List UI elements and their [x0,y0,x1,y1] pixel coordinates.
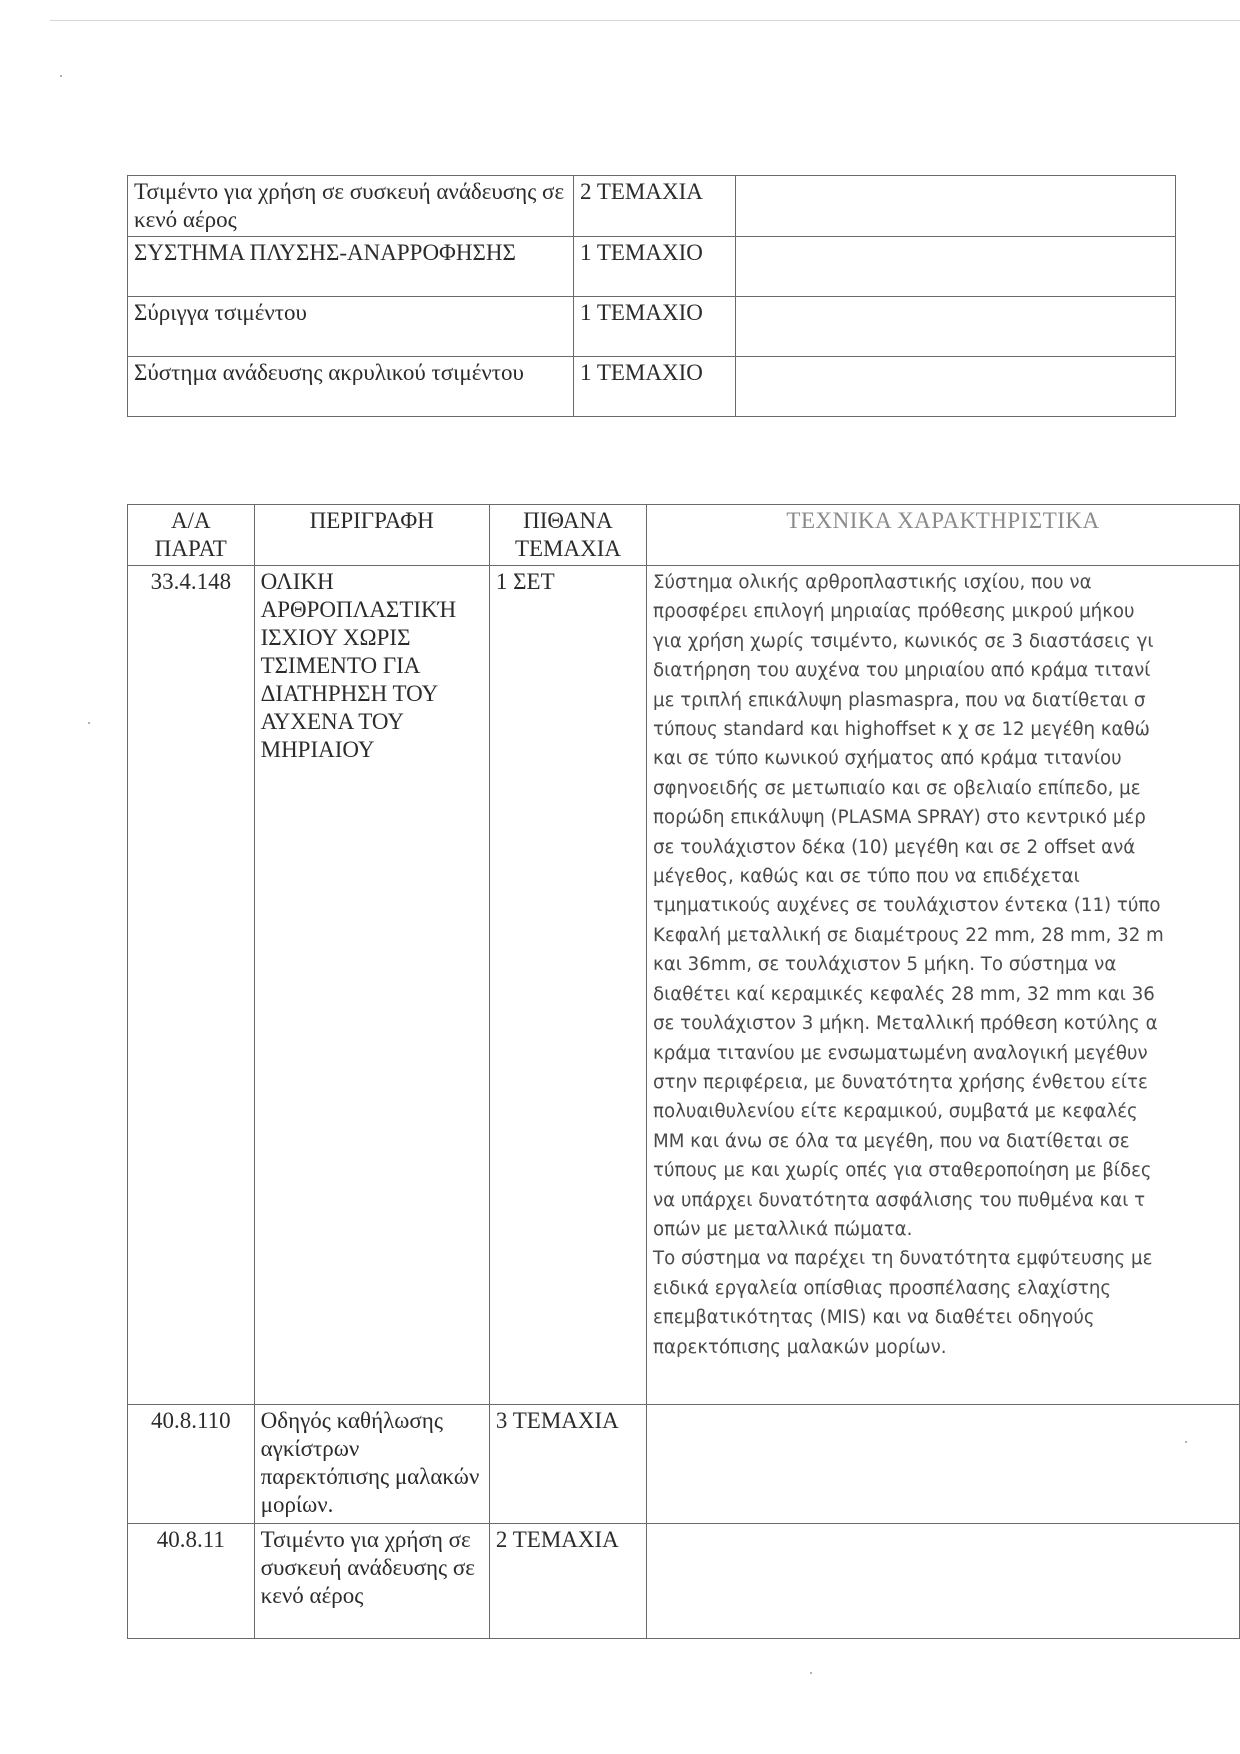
technical-line: τύπους με και χωρίς οπές για σταθεροποίη… [653,1156,1233,1185]
item-notes [736,357,1176,417]
item-quantity: 2 ΤΕΜΑΧΙΑ [574,176,736,237]
technical-line: στην περιφέρεια, με δυνατότητα χρήσης έν… [653,1068,1233,1097]
item-quantity: 1 ΤΕΜΑΧΙΟ [574,357,736,417]
header-description: ΠΕΡΙΓΡΑΦΗ [254,505,489,566]
technical-line: διαθέτει καί κεραμικές κεφαλές 28 mm, 32… [653,980,1233,1009]
technical-line: με τριπλή επικάλυψη plasmaspra, που να δ… [653,686,1233,715]
header-quantity: ΠΙΘΑΝΑ ΤΕΜΑΧΙΑ [489,505,646,566]
item-description: Σύστημα ανάδευσης ακρυλικού τσιμέντου [128,357,574,417]
top-items-table: Τσιμέντο για χρήση σε συσκευή ανάδευσης … [127,175,1176,417]
technical-text: Σύστημα ολικής αρθροπλαστικής ισχίου, πο… [653,568,1233,1362]
technical-line: οπών με μεταλλικά πώματα. [653,1215,1233,1244]
specifications-table: Α/Α ΠΑΡΑΤ ΠΕΡΙΓΡΑΦΗ ΠΙΘΑΝΑ ΤΕΜΑΧΙΑ ΤΕΧΝΙ… [127,504,1240,1639]
technical-line: να υπάρχει δυνατότητα ασφάλισης του πυθμ… [653,1186,1233,1215]
row-code: 33.4.148 [128,566,255,1405]
row-code: 40.8.11 [128,1524,255,1639]
technical-line: Κεφαλή μεταλλική σε διαμέτρους 22 mm, 28… [653,921,1233,950]
row-technical [647,1405,1240,1524]
header-code: Α/Α ΠΑΡΑΤ [128,505,255,566]
scan-speck [60,75,62,77]
table-row: Τσιμέντο για χρήση σε συσκευή ανάδευσης … [128,176,1176,237]
item-notes [736,176,1176,237]
item-quantity: 1 ΤΕΜΑΧΙΟ [574,297,736,357]
technical-line: και 36mm, σε τουλάχιστον 5 μήκη. Το σύστ… [653,950,1233,979]
row-quantity: 2 ΤΕΜΑΧΙΑ [489,1524,646,1639]
item-description: Τσιμέντο για χρήση σε συσκευή ανάδευσης … [128,176,574,237]
row-technical: Σύστημα ολικής αρθροπλαστικής ισχίου, πο… [647,566,1240,1405]
technical-line: για χρήση χωρίς τσιμέντο, κωνικός σε 3 δ… [653,627,1233,656]
technical-line: σφηνοειδής σε μετωπιαίο και σε οβελιαίο … [653,774,1233,803]
row-description: Τσιμέντο για χρήση σε συσκευή ανάδευσης … [254,1524,489,1639]
technical-line: Σύστημα ολικής αρθροπλαστικής ισχίου, πο… [653,568,1233,597]
technical-line: τύπους standard και highoffset κ χ σε 12… [653,715,1233,744]
row-technical [647,1524,1240,1639]
table-row: Σύστημα ανάδευσης ακρυλικού τσιμέντου 1 … [128,357,1176,417]
technical-line: προσφέρει επιλογή μηριαίας πρόθεσης μικρ… [653,597,1233,626]
table-row: ΣΥΣΤΗΜΑ ΠΛΥΣΗΣ-ΑΝΑΡΡΟΦΗΣΗΣ 1 ΤΕΜΑΧΙΟ [128,237,1176,297]
item-description: ΣΥΣΤΗΜΑ ΠΛΥΣΗΣ-ΑΝΑΡΡΟΦΗΣΗΣ [128,237,574,297]
item-notes [736,297,1176,357]
item-notes [736,237,1176,297]
technical-line: διατήρηση του αυχένα του μηριαίου από κρ… [653,656,1233,685]
technical-line: σε τουλάχιστον δέκα (10) μεγέθη και σε 2… [653,833,1233,862]
technical-line: πολυαιθυλενίου είτε κεραμικού, συμβατά μ… [653,1097,1233,1126]
technical-line: παρεκτόπισης μαλακών μορίων. [653,1333,1233,1362]
technical-line: σε τουλάχιστον 3 μήκη. Μεταλλική πρόθεση… [653,1009,1233,1038]
row-quantity: 1 ΣΕΤ [489,566,646,1405]
table-row: 40.8.11 Τσιμέντο για χρήση σε συσκευή αν… [128,1524,1240,1639]
row-description: Οδηγός καθήλωσης αγκίστρων παρεκτόπισης … [254,1405,489,1524]
row-code: 40.8.110 [128,1405,255,1524]
technical-line: πορώδη επικάλυψη (PLASMA SPRAY) στο κεντ… [653,803,1233,832]
item-description: Σύριγγα τσιμέντου [128,297,574,357]
table-header-row: Α/Α ΠΑΡΑΤ ΠΕΡΙΓΡΑΦΗ ΠΙΘΑΝΑ ΤΕΜΑΧΙΑ ΤΕΧΝΙ… [128,505,1240,566]
scan-speck [810,1672,812,1674]
table-row: 40.8.110 Οδηγός καθήλωσης αγκίστρων παρε… [128,1405,1240,1524]
technical-line: επεμβατικότητας (MIS) και να διαθέτει οδ… [653,1303,1233,1332]
technical-line: Το σύστημα να παρέχει τη δυνατότητα εμφύ… [653,1244,1233,1273]
technical-line: και σε τύπο κωνικού σχήματος από κράμα τ… [653,744,1233,773]
scan-speck [88,722,90,724]
item-quantity: 1 ΤΕΜΑΧΙΟ [574,237,736,297]
technical-line: μέγεθος, καθώς και σε τύπο που να επιδέχ… [653,862,1233,891]
header-technical: ΤΕΧΝΙΚΑ ΧΑΡΑΚΤΗΡΙΣΤΙΚΑ [647,505,1240,566]
row-quantity: 3 ΤΕΜΑΧΙΑ [489,1405,646,1524]
table-row: 33.4.148 ΟΛΙΚΗ ΑΡΘΡΟΠΛΑΣΤΙΚΉ ΙΣΧΙΟΥ ΧΩΡΙ… [128,566,1240,1405]
row-description: ΟΛΙΚΗ ΑΡΘΡΟΠΛΑΣΤΙΚΉ ΙΣΧΙΟΥ ΧΩΡΙΣ ΤΣΙΜΕΝΤ… [254,566,489,1405]
technical-line: κράμα τιτανίου με ενσωματωμένη αναλογική… [653,1039,1233,1068]
scan-edge-line [50,20,1240,21]
table-row: Σύριγγα τσιμέντου 1 ΤΕΜΑΧΙΟ [128,297,1176,357]
technical-line: ΜΜ και άνω σε όλα τα μεγέθη, που να διατ… [653,1127,1233,1156]
technical-line: ειδικά εργαλεία οπίσθιας προσπέλασης ελα… [653,1274,1233,1303]
technical-line: τμηματικούς αυχένες σε τουλάχιστον έντεκ… [653,891,1233,920]
